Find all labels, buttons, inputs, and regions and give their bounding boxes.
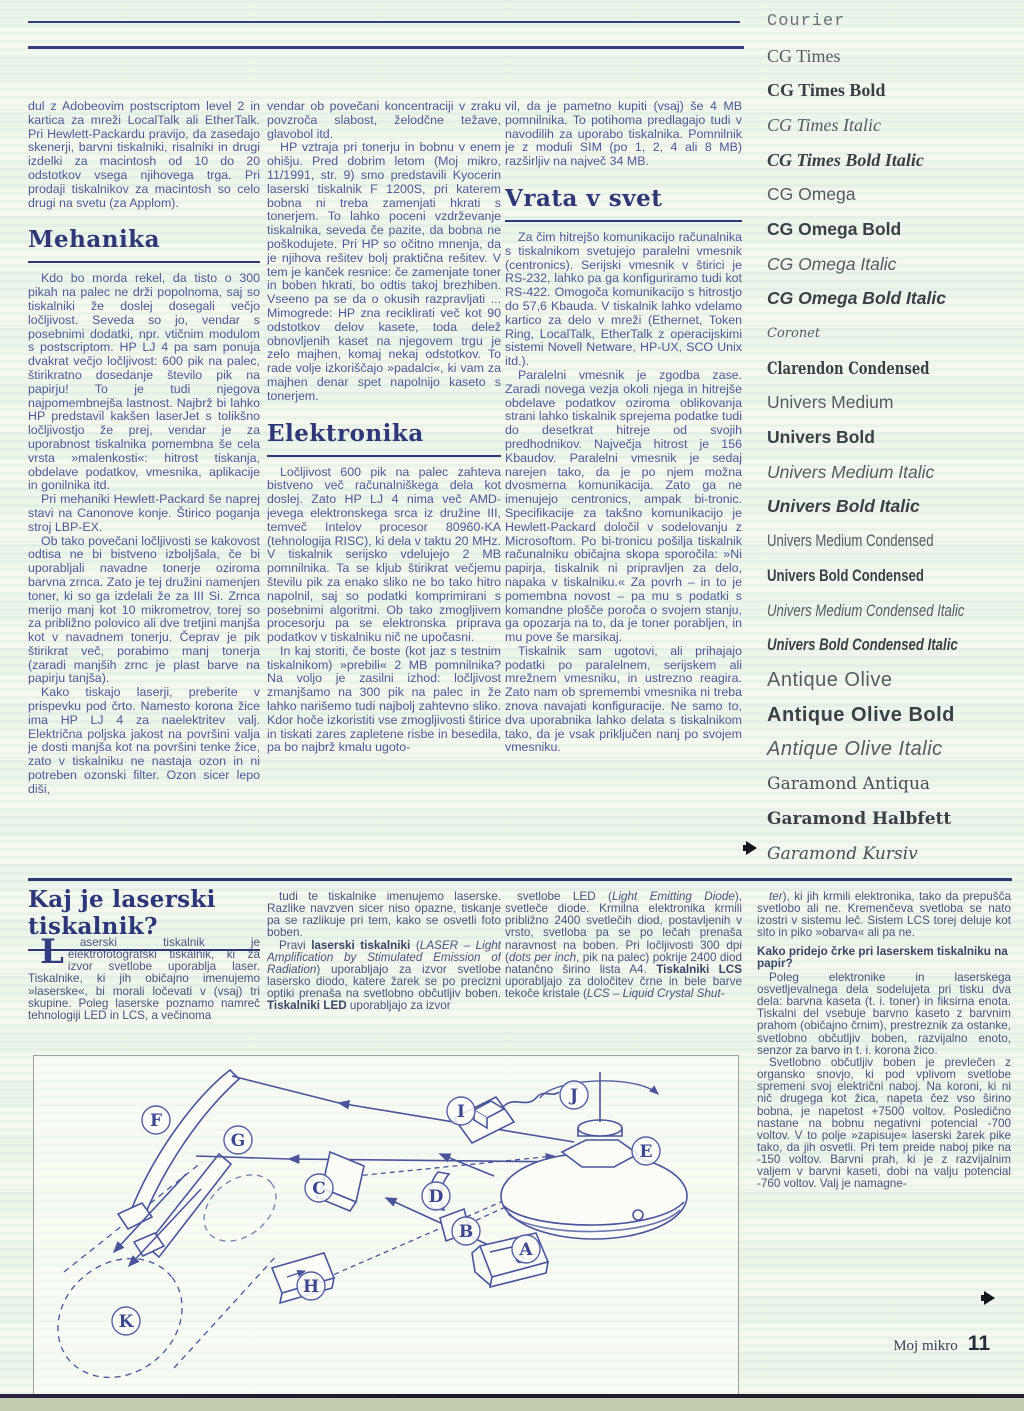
paragraph: Tiskalnik sam ugotovi, ali prihajajo pod… bbox=[505, 645, 742, 755]
magazine-name: Moj mikro bbox=[893, 1338, 958, 1355]
font-sample-label: Univers Medium bbox=[767, 392, 893, 413]
paragraph: Kdo bo morda rekel, da tisto o 300 pikah… bbox=[28, 272, 260, 493]
font-sample-item: Univers Bold Italic bbox=[767, 490, 1015, 525]
diagram-label-letter: A bbox=[518, 1240, 533, 1260]
diagram-label-letter: I bbox=[457, 1102, 465, 1122]
font-sample-label: Antique Olive bbox=[767, 669, 892, 692]
paragraph: ter), ki jih krmili elektronika, tako da… bbox=[757, 891, 1011, 940]
font-sample-label: Univers Medium Condensed Italic bbox=[767, 602, 964, 621]
font-sample-item: Antique Olive Bold bbox=[767, 698, 1015, 733]
paragraph: Kako tiskajo laserji, preberite v prispe… bbox=[28, 686, 260, 796]
font-sample-item: CG Times Italic bbox=[767, 108, 1015, 143]
font-sample-label: CG Times bbox=[767, 46, 841, 67]
magazine-page: dul z Adobeovim postscriptom level 2 in … bbox=[0, 0, 1024, 1411]
paragraph: Svetlobno občutljiv boben je prevlečen z… bbox=[757, 1057, 1011, 1191]
font-sample-item: Antique Olive bbox=[767, 663, 1015, 698]
diagram-label-letter: K bbox=[119, 1312, 135, 1332]
font-sample-label: Garamond Halbfett bbox=[767, 809, 951, 829]
font-sample-item: Univers Bold bbox=[767, 420, 1015, 455]
diagram-label-letter: D bbox=[429, 1187, 444, 1207]
font-sample-item: Univers Medium Italic bbox=[767, 455, 1015, 490]
font-sample-label: Coronet bbox=[767, 326, 820, 341]
drop-cap: L bbox=[28, 939, 64, 966]
footer-section-rule bbox=[28, 878, 1012, 881]
font-sample-item: CG Times Bold Italic bbox=[767, 143, 1015, 178]
font-sample-item: CG Times Bold bbox=[767, 73, 1015, 108]
font-sample-label: CG Omega Bold Italic bbox=[767, 288, 946, 309]
article-col-2: vendar ob povečani koncentraciji v zraku… bbox=[267, 100, 501, 855]
font-sample-label: Garamond Kursiv bbox=[767, 844, 918, 864]
font-sample-item: Antique Olive Italic bbox=[767, 732, 1015, 767]
footer-col-2: tudi te tiskalnike imenujemo laserske. R… bbox=[267, 891, 501, 1049]
font-sample-item: Clarendon Condensed bbox=[767, 351, 1015, 386]
font-sample-item: Univers Medium Condensed bbox=[767, 524, 1015, 559]
paragraph: Za čim hitrejšo komunikacijo računalnika… bbox=[505, 231, 742, 369]
font-sample-item: Coronet bbox=[767, 316, 1015, 351]
font-sample-label: Courier bbox=[767, 12, 845, 31]
font-sample-item: CG Omega Bold Italic bbox=[767, 282, 1015, 317]
font-sample-label: Antique Olive Italic bbox=[767, 738, 943, 761]
diagram-label-letter: J bbox=[568, 1086, 578, 1106]
font-sample-item: CG Omega bbox=[767, 177, 1015, 212]
font-sample-label: Garamond Antiqua bbox=[767, 774, 930, 794]
font-sample-label: Univers Bold Condensed Italic bbox=[767, 636, 958, 655]
paragraph: Paralelni vmesnik je zgodba zase. Zaradi… bbox=[505, 369, 742, 645]
printer-optics-drawing: ABCDEFGHIJK bbox=[34, 1056, 738, 1396]
font-sample-label: Antique Olive Bold bbox=[767, 704, 955, 727]
font-sample-item: Courier bbox=[767, 4, 1015, 39]
font-sample-label: CG Omega Bold bbox=[767, 219, 901, 240]
font-sample-item: Garamond Kursiv bbox=[767, 837, 1015, 872]
font-sample-item: CG Omega Bold bbox=[767, 212, 1015, 247]
article-col-3: vil, da je pametno kupiti (vsaj) še 4 MB… bbox=[505, 100, 742, 855]
paragraph: Laserski tiskalnik je elektrofotografski… bbox=[28, 937, 260, 1022]
sub-heading: Kako pridejo črke pri laserskem tiskalni… bbox=[757, 946, 1011, 971]
footer-col-4: ter), ki jih krmili elektronika, tako da… bbox=[757, 891, 1011, 1315]
diagram-label-letter: F bbox=[150, 1111, 162, 1131]
paragraph: tudi te tiskalnike imenujemo laserske. R… bbox=[267, 891, 501, 940]
font-sample-list: CourierCG TimesCG Times BoldCG Times Ita… bbox=[767, 4, 1015, 871]
paragraph: vil, da je pametno kupiti (vsaj) še 4 MB… bbox=[505, 100, 742, 169]
diagram-label-letter: E bbox=[640, 1142, 653, 1162]
article-col-1: dul z Adobeovim postscriptom level 2 in … bbox=[28, 100, 260, 855]
paragraph: svetlobe LED (Light Emitting Diode), sve… bbox=[505, 891, 742, 1000]
paragraph: Pri mehaniki Hewlett-Packard še naprej s… bbox=[28, 493, 260, 534]
font-sample-label: CG Omega bbox=[767, 184, 856, 205]
cable-j-shape bbox=[502, 1092, 559, 1108]
font-sample-item: Univers Medium Condensed Italic bbox=[767, 594, 1015, 629]
top-rule-thin bbox=[28, 21, 740, 23]
footer-col-3: svetlobe LED (Light Emitting Diode), sve… bbox=[505, 891, 742, 1049]
font-sample-label: Univers Medium Italic bbox=[767, 462, 934, 483]
laser-printer-diagram: ABCDEFGHIJK bbox=[33, 1055, 739, 1397]
font-sample-label: CG Times Bold Italic bbox=[767, 150, 924, 171]
paragraph: Pravi laserski tiskalniki (LASER – Light… bbox=[267, 940, 501, 1013]
diagram-label-letter: B bbox=[459, 1222, 473, 1242]
font-sample-label: Clarendon Condensed bbox=[767, 359, 929, 378]
font-sample-label: Univers Medium Condensed bbox=[767, 532, 934, 551]
paragraph: Ob tako povečani ločljivosti se kakovost… bbox=[28, 535, 260, 687]
font-sample-item: Univers Medium bbox=[767, 386, 1015, 421]
footer-col-1: Laserski tiskalnik je elektrofotografski… bbox=[28, 937, 260, 1049]
paragraph: Poleg elektronike in laserskega osvetlje… bbox=[757, 972, 1011, 1057]
page-number: 11 bbox=[968, 1332, 990, 1356]
font-sample-item: CG Omega Italic bbox=[767, 247, 1015, 282]
paragraph: HP vztraja pri tonerju in bobnu v enem o… bbox=[267, 141, 501, 403]
font-sample-item: CG Times bbox=[767, 39, 1015, 74]
paragraph: In kaj storiti, če boste (kot jaz s test… bbox=[267, 645, 501, 755]
drum-outline bbox=[34, 1161, 289, 1396]
diagram-label-letter: H bbox=[303, 1277, 319, 1297]
font-sample-label: Univers Bold Condensed bbox=[767, 567, 924, 586]
section-heading: Vrata v svet bbox=[505, 185, 742, 222]
font-sample-label: CG Times Bold bbox=[767, 80, 885, 101]
diagram-label-letter: G bbox=[231, 1131, 246, 1151]
paragraph: vendar ob povečani koncentraciji v zraku… bbox=[267, 100, 501, 141]
top-rule-thick bbox=[28, 46, 744, 49]
font-sample-item: Univers Bold Condensed Italic bbox=[767, 628, 1015, 663]
paragraph: Ločljivost 600 pik na palec zahteva bist… bbox=[267, 466, 501, 645]
font-sample-item: Univers Bold Condensed bbox=[767, 559, 1015, 594]
font-sample-item: Garamond Antiqua bbox=[767, 767, 1015, 802]
font-sample-label: CG Times Italic bbox=[767, 115, 881, 136]
page-edge-strip bbox=[0, 1398, 1024, 1411]
font-sample-item: Garamond Halbfett bbox=[767, 802, 1015, 837]
section-heading: Mehanika bbox=[28, 226, 260, 263]
font-sample-label: CG Omega Italic bbox=[767, 254, 896, 275]
diagram-label-letter: C bbox=[312, 1179, 326, 1199]
font-sample-label: Univers Bold Italic bbox=[767, 496, 920, 517]
font-sample-label: Univers Bold bbox=[767, 427, 875, 448]
page-footer: Moj mikro 11 bbox=[893, 1332, 990, 1356]
paragraph: dul z Adobeovim postscriptom level 2 in … bbox=[28, 100, 260, 210]
section-heading: Elektronika bbox=[267, 420, 501, 457]
